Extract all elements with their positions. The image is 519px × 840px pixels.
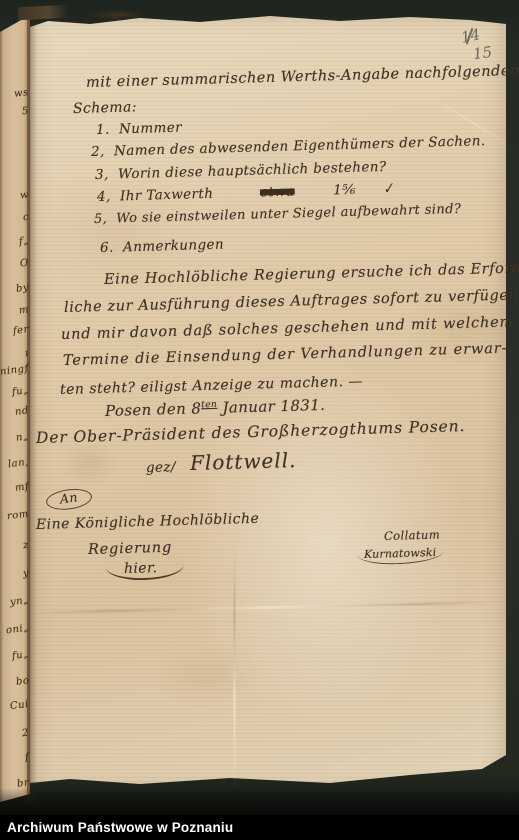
dateline-suffix: Januar 1831. <box>217 396 326 417</box>
archive-watermark-text: Archiwum Państwowe w Poznaniu <box>7 820 233 835</box>
signature-flottwell: Flottwell. <box>190 449 297 474</box>
page-number-current: 15 <box>472 43 493 63</box>
margin-fragment: ws <box>14 87 30 100</box>
margin-fragment: m <box>18 304 29 316</box>
margin-fragment: fu„ <box>12 385 30 398</box>
margin-fragment: O <box>20 258 30 270</box>
item-check-mark: ✓ <box>381 181 396 198</box>
item-number: 6. <box>100 240 114 256</box>
margin-fragment: z <box>23 540 30 552</box>
item-value: 1⅚ <box>333 182 356 199</box>
margin-fragment: 2 <box>21 728 29 740</box>
item-number: 5, <box>94 212 108 227</box>
item-number: 3, <box>95 167 109 183</box>
margin-fragment: ningf <box>0 363 30 377</box>
address-an-oval: An <box>45 486 93 512</box>
scan-bottom-shadow <box>0 788 519 815</box>
margin-fragment: f„ <box>18 235 29 247</box>
margin-fragment: nd <box>15 405 30 418</box>
schema-item-1: 1. Nummer <box>96 121 182 138</box>
margin-fragment: by <box>15 282 29 295</box>
margin-fragment: ı <box>25 348 30 359</box>
item-text: Anmerkungen <box>123 237 224 256</box>
dateline-prefix: Posen den 8 <box>105 399 202 420</box>
item-text: Ihr Taxwerth <box>120 186 214 205</box>
dateline-superscript: ten <box>201 400 217 410</box>
address-salutation: An <box>46 489 92 510</box>
margin-fragment: f <box>24 752 30 763</box>
item-number: 4, <box>97 189 111 205</box>
item-text: Nummer <box>119 120 182 138</box>
item-struck-word: etwa <box>260 183 295 200</box>
margin-fragment: lan, <box>8 457 30 470</box>
margin-fragment: y <box>22 568 29 580</box>
margin-fragment: fer <box>12 324 29 337</box>
binding-tape <box>18 5 69 21</box>
margin-fragment: oni„ <box>6 623 30 637</box>
stain <box>60 440 120 486</box>
margin-fragment: w <box>19 189 29 201</box>
address-line-2: Regierung <box>88 541 173 559</box>
stain <box>150 640 260 710</box>
signature-prefix: gez/ <box>146 460 176 476</box>
item-number: 1. <box>96 122 110 138</box>
collation-label: Collatum <box>384 528 440 542</box>
margin-fragment: rom <box>7 509 30 523</box>
previous-page-edge: ws5wcf„Obymferıningffu„ndn„lan,mfromzyyn… <box>0 8 30 802</box>
margin-fragment: Cui <box>10 699 30 712</box>
page-number-current-value: 15 <box>472 43 493 63</box>
schema-heading: Schema: <box>73 100 137 117</box>
margin-fragment: bo <box>15 675 30 688</box>
top-edge-smudge <box>90 10 146 20</box>
item-number: 2, <box>91 144 105 160</box>
margin-fragment: mf <box>14 481 29 494</box>
archive-watermark-bar: Archiwum Państwowe w Poznaniu <box>0 815 519 840</box>
margin-fragment: yn„ <box>10 595 30 608</box>
document-scan: ws5wcf„Obymferıningffu„ndn„lan,mfromzyyn… <box>0 0 519 840</box>
margin-fragment: fu„ <box>12 649 30 662</box>
margin-fragment: c <box>22 212 29 224</box>
margin-fragment: n„ <box>16 431 30 443</box>
margin-fragment: 5 <box>21 106 29 118</box>
